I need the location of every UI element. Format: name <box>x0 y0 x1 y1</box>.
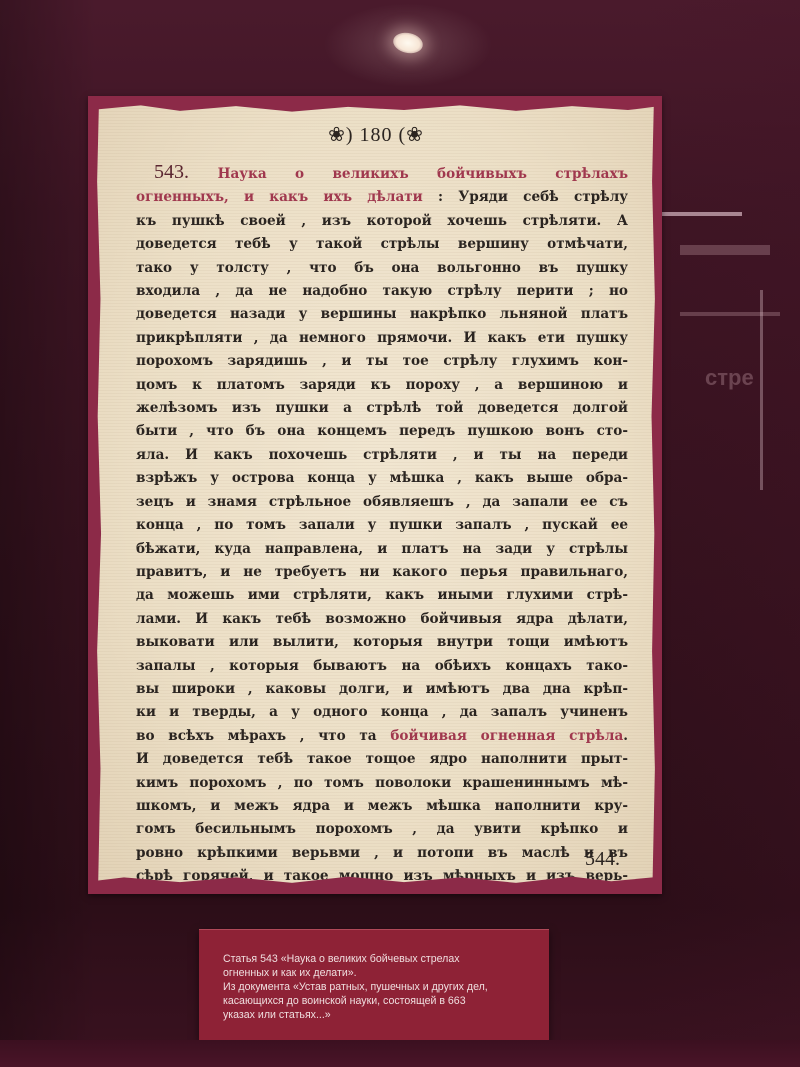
text-line: зецъ и знамя стрѣльное обявляешъ , да за… <box>136 491 628 514</box>
text-line: запалы , которыя бываютъ на обѣихъ конца… <box>136 655 628 678</box>
text-line: лами. И какъ тебѣ возможно бойчивыя ядра… <box>136 608 628 631</box>
text-line: входила , да не надобно такую стрѣлу пер… <box>136 280 628 303</box>
text-line: гомъ бесильнымъ порохомъ , да увити крѣп… <box>136 818 628 841</box>
catchword-next-article: 544. <box>585 848 620 871</box>
text-line: желѣзомъ изъ пушки а стрѣлѣ той доведетс… <box>136 397 628 420</box>
body-text: выковати или вылити, которыя внутри тощи… <box>136 634 628 650</box>
glass-reflection <box>760 290 763 490</box>
body-text: доведется тебѣ у такой стрѣлы вершину от… <box>136 236 628 252</box>
body-text: цомъ к платомъ заряди къ пороху , а верш… <box>136 377 628 393</box>
text-line: яла. И какъ похочешь стрѣляти , и ты на … <box>136 444 628 467</box>
body-text: И доведется тебѣ такое тощое ядро наполн… <box>136 751 628 767</box>
text-line: кимъ порохомъ , по томъ поволоки крашени… <box>136 772 628 795</box>
body-text: шкомъ, и межъ ядра и межъ мѣшка наполнит… <box>136 798 628 814</box>
body-text: быти , что бъ она концемъ передъ пушкою … <box>136 423 628 439</box>
archival-page: ❀) 180 (❀ 543. Наука о великихъ бойчивых… <box>96 103 656 886</box>
text-line: цомъ к платомъ заряди къ пороху , а верш… <box>136 374 628 397</box>
body-text: запалы , которыя бываютъ на обѣихъ конца… <box>136 658 628 674</box>
body-text: входила , да не надобно такую стрѣлу пер… <box>136 283 628 299</box>
placard-line: Статья 543 «Наука о великих бойчевых стр… <box>223 952 543 966</box>
body-text: . <box>623 728 628 744</box>
body-text: правитъ, и не требуетъ ни какого перья п… <box>136 564 628 580</box>
body-text: яла. И какъ похочешь стрѣляти , и ты на … <box>136 447 628 463</box>
body-text: зецъ и знамя стрѣльное обявляешъ , да за… <box>136 494 628 510</box>
text-line: быти , что бъ она концемъ передъ пушкою … <box>136 420 628 443</box>
body-text: лами. И какъ тебѣ возможно бойчивыя ядра… <box>136 611 628 627</box>
text-line: да можешь ими стрѣляти, какъ иными глухи… <box>136 584 628 607</box>
text-line: выковати или вылити, которыя внутри тощи… <box>136 631 628 654</box>
text-line: шкомъ, и межъ ядра и межъ мѣшка наполнит… <box>136 795 628 818</box>
glass-reflection <box>680 245 770 255</box>
body-text: конца , по томъ запали у пушки запалъ , … <box>136 517 628 533</box>
text-line: порохомъ зарядишь , и ты тое стрѣлу глух… <box>136 350 628 373</box>
body-text: взрѣжъ у острова конца у мѣшка , какъ вы… <box>136 470 628 486</box>
text-line: доведется тебѣ у такой стрѣлы вершину от… <box>136 233 628 256</box>
body-text: вы широки , каковы долги, и имѣютъ два д… <box>136 681 628 697</box>
caption-placard: Статья 543 «Наука о великих бойчевых стр… <box>199 929 549 1041</box>
placard-line: огненных и как их делати». <box>223 966 543 980</box>
placard-caption-text: Статья 543 «Наука о великих бойчевых стр… <box>223 952 543 1022</box>
page-body-text: 543. Наука о великихъ бойчивыхъ стрѣлахъ… <box>136 161 628 912</box>
text-line: къ пушкѣ своей , изъ которой хочешь стрѣ… <box>136 210 628 233</box>
article-number: 543. <box>154 161 218 183</box>
body-text: порохомъ зарядишь , и ты тое стрѣлу глух… <box>136 353 628 369</box>
glass-reflection <box>662 212 742 216</box>
placard-line: касающихся до воинской науки, состоящей … <box>223 994 543 1008</box>
body-text: ки и тверды, а у одного конца , да запал… <box>136 704 628 720</box>
body-text: тако у толсту , что бъ она вольгонно въ … <box>136 260 628 276</box>
text-line: огненныхъ, и какъ ихъ дѣлати : Уряди себ… <box>136 186 628 209</box>
text-line: вы широки , каковы долги, и имѣютъ два д… <box>136 678 628 701</box>
text-line: взрѣжъ у острова конца у мѣшка , какъ вы… <box>136 467 628 490</box>
body-text: во всѣхъ мѣрахъ , что та <box>136 728 390 744</box>
body-text: да можешь ими стрѣляти, какъ иными глухи… <box>136 587 628 603</box>
rubric-text: Наука о великихъ бойчивыхъ стрѣлахъ <box>218 166 628 182</box>
display-shelf <box>0 1040 800 1067</box>
body-text: гомъ бесильнымъ порохомъ , да увити крѣп… <box>136 821 628 837</box>
text-line: бѣжати, куда направлена, и платъ на зади… <box>136 538 628 561</box>
body-text: къ пушкѣ своей , изъ которой хочешь стрѣ… <box>136 213 628 229</box>
placard-line: указах или статьях...» <box>223 1008 543 1022</box>
rubric-text: бойчивая огненная стрѣла <box>390 728 623 744</box>
text-line: ки и тверды, а у одного конца , да запал… <box>136 701 628 724</box>
body-text: кимъ порохомъ , по томъ поволоки крашени… <box>136 775 628 791</box>
glass-reflection <box>680 312 780 316</box>
text-line: правитъ, и не требуетъ ни какого перья п… <box>136 561 628 584</box>
text-line: 543. Наука о великихъ бойчивыхъ стрѣлахъ <box>136 161 628 186</box>
rubric-text: огненныхъ, и какъ ихъ дѣлати <box>136 189 423 205</box>
text-line: И доведется тебѣ такое тощое ядро наполн… <box>136 748 628 771</box>
text-line: во всѣхъ мѣрахъ , что та бойчивая огненн… <box>136 725 628 748</box>
body-text: доведется назади у вершины накрѣпко льня… <box>136 306 628 322</box>
text-line: конца , по томъ запали у пушки запалъ , … <box>136 514 628 537</box>
text-line: прикрѣпляти , да немного прямочи. И какъ… <box>136 327 628 350</box>
text-line: тако у толсту , что бъ она вольгонно въ … <box>136 257 628 280</box>
body-text: бѣжати, куда направлена, и платъ на зади… <box>136 541 628 557</box>
text-line: ровно крѣпкими верьвми , и потопи въ мас… <box>136 842 628 865</box>
body-text: желѣзомъ изъ пушки а стрѣлѣ той доведетс… <box>136 400 628 416</box>
reflected-sign-text: стре <box>705 365 754 391</box>
placard-line: Из документа «Устав ратных, пушечных и д… <box>223 980 543 994</box>
page-number-header: ❀) 180 (❀ <box>96 122 656 147</box>
body-text: ровно крѣпкими верьвми , и потопи въ мас… <box>136 845 628 861</box>
text-line: доведется назади у вершины накрѣпко льня… <box>136 303 628 326</box>
body-text: : Уряди себѣ стрѣлу <box>423 189 628 205</box>
body-text: прикрѣпляти , да немного прямочи. И какъ… <box>136 330 628 346</box>
